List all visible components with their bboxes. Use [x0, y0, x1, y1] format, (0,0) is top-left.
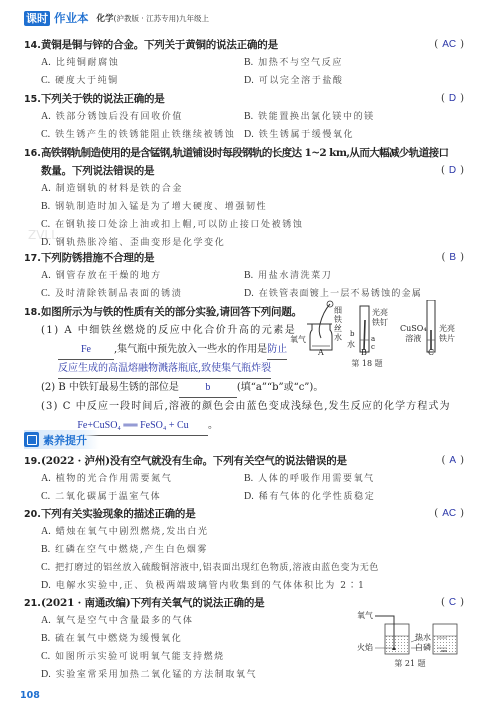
- option-c: C.二氧化碳属于温室气体: [41, 488, 244, 506]
- answer-value: AC: [442, 508, 456, 519]
- question-15: 15.下列关于铁的说法正确的是 (D) A.铁部分锈蚀后没有回收价值 B.铁能置…: [24, 90, 464, 144]
- label-flame: 火焰: [357, 642, 373, 653]
- option-a: A.氧气是空气中含量最多的气体: [41, 612, 194, 630]
- option-d: D.实验室常采用加热二氧化锰的方法制取氧气: [41, 666, 257, 684]
- book-title: 作业本: [54, 10, 89, 26]
- option-c: C.如图所示实验可说明氧气能支持燃烧: [41, 648, 225, 666]
- option-c: C.在钢轨接口处涂上油或扣上帽,可以防止接口处被锈蚀: [41, 216, 303, 234]
- option-b: B.用盐水清洗菜刀: [244, 267, 447, 285]
- option-b: B.加热不与空气反应: [244, 54, 447, 72]
- label-bright-nail: 光亮铁钉: [372, 308, 388, 328]
- label-water-b: 水: [347, 339, 355, 350]
- fill-blank-purpose-2: 反应生成的高温熔融物溅落瓶底,致使集气瓶炸裂: [58, 359, 271, 379]
- question-stem: 如图所示为与铁的性质有关的部分实验,请回答下列问题。: [41, 306, 302, 318]
- answer-value: B: [449, 252, 456, 263]
- option-a: A.制造钢轨的材料是铁的合金: [41, 180, 183, 198]
- question-16: 16.高铁钢轨制造使用的是含锰钢,轨道铺设时每段钢轨的长度达 1~2 km,从而…: [24, 144, 464, 252]
- question-number: 16.: [24, 145, 41, 163]
- option-b: B.人体的呼吸作用需要氧气: [244, 470, 447, 488]
- section-banner: 素养提升: [24, 430, 99, 449]
- option-c: C.把打磨过的铝丝放入硫酸铜溶液中,铝表面出现红色物质,溶液由蓝色变为无色: [41, 559, 379, 577]
- question-number: 20.: [24, 506, 41, 524]
- question-14: 14.黄铜是铜与锌的合金。下列关于黄铜的说法正确的是 (AC) A.比纯铜耐腐蚀…: [24, 36, 464, 90]
- answer-value: C: [449, 597, 456, 608]
- question-number: 14.: [24, 37, 41, 55]
- question-stem: (2022 · 泸州)没有空气就没有生命。下列有关空气的说法错误的是: [41, 455, 347, 467]
- question-number: 17.: [24, 250, 41, 268]
- label-white-phosphorus: 白磷: [415, 642, 431, 653]
- figure-18: 氧气 细铁丝水 A 光亮铁钉 b a c 水 B CuSO₄溶液 光亮铁片 C …: [290, 300, 470, 370]
- option-d: D.可以完全溶于盐酸: [244, 72, 447, 90]
- label-point-a: a: [371, 335, 375, 343]
- question-number: 15.: [24, 91, 41, 109]
- fill-blank-purpose-1: 防止: [267, 340, 287, 360]
- label-bright-sheet: 光亮铁片: [439, 324, 455, 344]
- question-stem: 下列防锈措施不合理的是: [41, 252, 154, 264]
- option-c: C.及时清除铁制品表面的锈渍: [41, 285, 244, 303]
- option-b: B.钢轨制造时加入锰是为了增大硬度、增强韧性: [41, 198, 267, 216]
- option-d: D.电解水实验中,正、负极两端玻璃管内收集到的气体体积比为 2∶1: [41, 577, 366, 595]
- option-d: D.稀有气体的化学性质稳定: [244, 488, 447, 506]
- question-stem: (2021 · 南通改编)下列有关氧气的说法正确的是: [41, 597, 264, 609]
- label-oxygen: 氧气: [290, 334, 306, 345]
- option-b: B.铁能置换出氯化镁中的镁: [244, 108, 447, 126]
- answer-box: (AC): [434, 505, 464, 523]
- answer-value: AC: [442, 39, 456, 50]
- logo-badge: 课时: [24, 11, 50, 26]
- label-point-c: c: [371, 343, 375, 351]
- question-number: 21.: [24, 595, 41, 613]
- subject-line: 化学(沪教版 · 江苏专用)九年级上: [97, 12, 210, 24]
- part-2: (2) B 中铁钉最易生锈的部位是b(填“a”“b”或“c”)。: [41, 378, 464, 397]
- figure-21: 氧气 火焰 热水 白磷 第 21 题: [355, 608, 465, 668]
- question-19: 19.(2022 · 泸州)没有空气就没有生命。下列有关空气的说法错误的是 (A…: [24, 452, 464, 506]
- part-3: (3) C 中反应一段时间后,溶液的颜色会由蓝色变成浅绿色,发生反应的化学方程式…: [41, 397, 464, 416]
- option-a: A.钢管存放在干燥的地方: [41, 267, 244, 285]
- question-number: 18.: [24, 304, 41, 322]
- answer-box: (AC): [434, 36, 464, 54]
- page-number: 108: [20, 690, 40, 701]
- option-a: A.蜡烛在氧气中剧烈燃烧,发出白光: [41, 523, 209, 541]
- label-oxygen: 氧气: [357, 610, 373, 621]
- label-a: A: [318, 348, 324, 357]
- label-point-b: b: [350, 330, 354, 338]
- question-number: 19.: [24, 453, 41, 471]
- page-header: 课时 作业本 化学(沪教版 · 江苏专用)九年级上: [24, 10, 209, 26]
- fill-blank-element: Fe: [58, 340, 114, 360]
- label-b: B: [361, 348, 367, 357]
- option-b: B.红磷在空气中燃烧,产生白色烟雾: [41, 541, 208, 559]
- answer-box: (B): [442, 249, 464, 267]
- answer-box: (A): [442, 452, 464, 470]
- question-stem-cont: 数量。下列说法错误的是: [41, 165, 154, 177]
- answer-value: A: [449, 455, 456, 466]
- option-c: C.硬度大于纯铜: [41, 72, 244, 90]
- option-d: D.铁生锈属于缓慢氧化: [244, 126, 447, 144]
- label-cuso4: CuSO₄溶液: [400, 324, 427, 344]
- edit-checkbox-icon: [24, 432, 39, 447]
- answer-value: D: [449, 165, 456, 176]
- option-a: A.铁部分锈蚀后没有回收价值: [41, 108, 244, 126]
- answer-box: (D): [441, 162, 464, 180]
- fill-blank-rust-position: b: [179, 378, 237, 398]
- answer-value: D: [449, 93, 456, 104]
- question-stem: 高铁钢轨制造使用的是含锰钢,轨道铺设时每段钢轨的长度达 1~2 km,从而大幅减…: [41, 147, 448, 159]
- part-3-cont: Fe+CuSO₄ ══ FeSO₄ + Cu。: [58, 416, 464, 435]
- label-iron-wire: 细铁丝水: [334, 306, 343, 342]
- answer-box: (D): [441, 90, 464, 108]
- figure-caption: 第 18 题: [342, 358, 392, 369]
- question-stem: 下列关于铁的说法正确的是: [41, 93, 165, 105]
- question-20: 20.下列有关实验现象的描述正确的是 (AC) A.蜡烛在氧气中剧烈燃烧,发出白…: [24, 505, 464, 595]
- label-c: C: [428, 348, 434, 357]
- question-stem: 黄铜是铜与锌的合金。下列关于黄铜的说法正确的是: [41, 39, 278, 51]
- figure-caption: 第 21 题: [385, 658, 435, 669]
- section-title: 素养提升: [43, 432, 87, 448]
- option-a: A.植物的光合作用需要氮气: [41, 470, 244, 488]
- option-b: B.硫在氧气中燃烧为缓慢氧化: [41, 630, 182, 648]
- option-a: A.比纯铜耐腐蚀: [41, 54, 244, 72]
- question-17: 17.下列防锈措施不合理的是 (B) A.钢管存放在干燥的地方 B.用盐水清洗菜…: [24, 249, 464, 303]
- option-c: C.铁生锈产生的铁锈能阻止铁继续被锈蚀: [41, 126, 244, 144]
- question-stem: 下列有关实验现象的描述正确的是: [41, 508, 196, 520]
